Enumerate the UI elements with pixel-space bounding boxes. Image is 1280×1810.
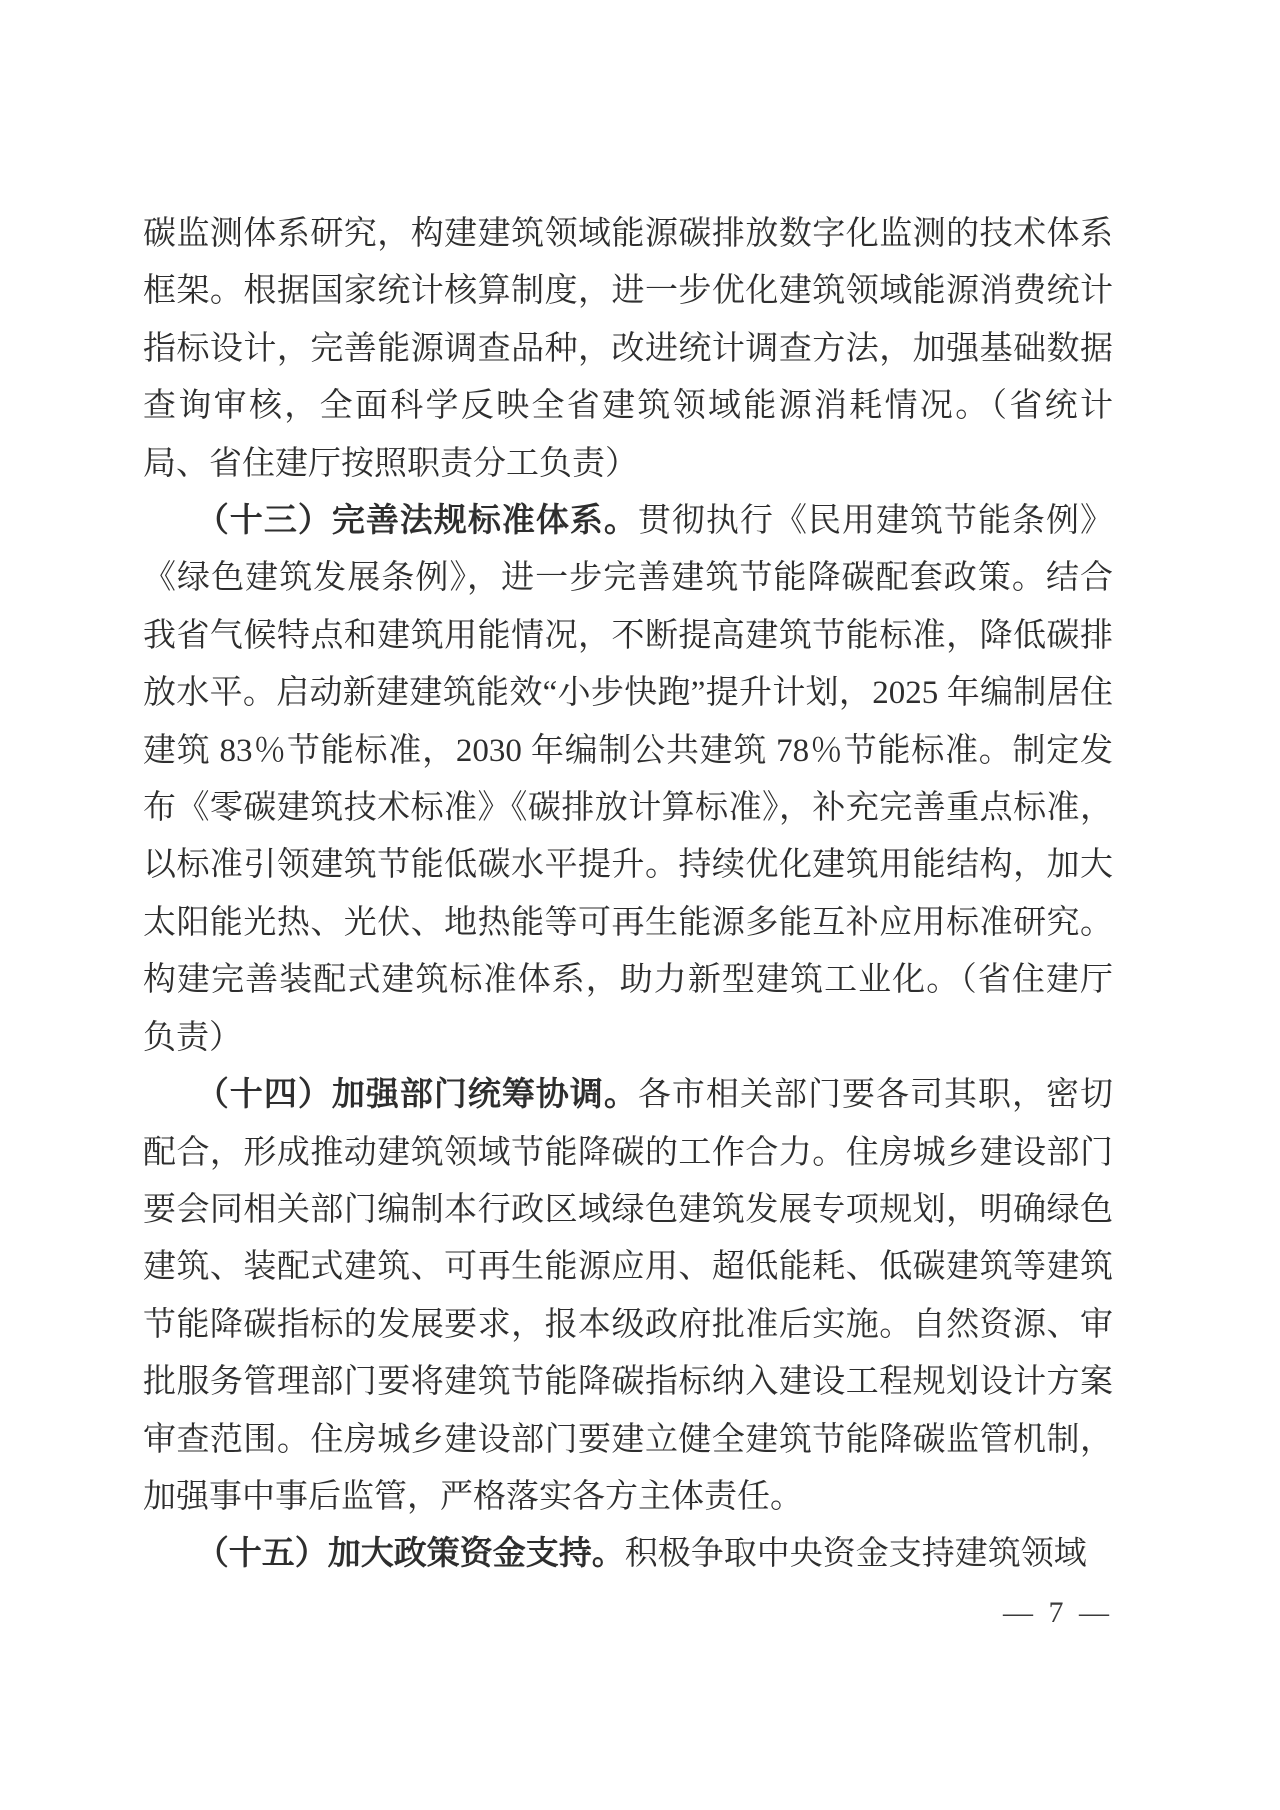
paragraph-lead: （十五）加大政策资金支持。 — [196, 1536, 625, 1572]
document-body: 碳监测体系研究，构建建筑领域能源碳排放数字化监测的技术体系框架。根据国家统计核算… — [143, 206, 1113, 1584]
paragraph: （十三）完善法规标准体系。贯彻执行《民用建筑节能条例》《绿色建筑发展条例》，进一… — [143, 493, 1113, 1067]
page-number: — 7 — — [1003, 1596, 1113, 1630]
paragraph-text: 积极争取中央资金支持建筑领域 — [625, 1536, 1087, 1572]
document-page: { "document": { "paragraphs": [ { "lead"… — [0, 0, 1280, 1810]
paragraph: （十五）加大政策资金支持。积极争取中央资金支持建筑领域 — [143, 1526, 1113, 1583]
paragraph: （十四）加强部门统筹协调。各市相关部门要各司其职，密切配合，形成推动建筑领域节能… — [143, 1067, 1113, 1526]
page: 碳监测体系研究，构建建筑领域能源碳排放数字化监测的技术体系框架。根据国家统计核算… — [0, 0, 1280, 1810]
paragraph: 碳监测体系研究，构建建筑领域能源碳排放数字化监测的技术体系框架。根据国家统计核算… — [143, 206, 1113, 493]
paragraph-lead: （十四）加强部门统筹协调。 — [196, 1077, 638, 1113]
paragraph-lead: （十三）完善法规标准体系。 — [196, 503, 638, 539]
paragraph-text: 碳监测体系研究，构建建筑领域能源碳排放数字化监测的技术体系框架。根据国家统计核算… — [143, 216, 1113, 482]
paragraph-text: 各市相关部门要各司其职，密切配合，形成推动建筑领域节能降碳的工作合力。住房城乡建… — [143, 1077, 1113, 1515]
paragraph-text: 贯彻执行《民用建筑节能条例》《绿色建筑发展条例》，进一步完善建筑节能降碳配套政策… — [143, 503, 1113, 1056]
